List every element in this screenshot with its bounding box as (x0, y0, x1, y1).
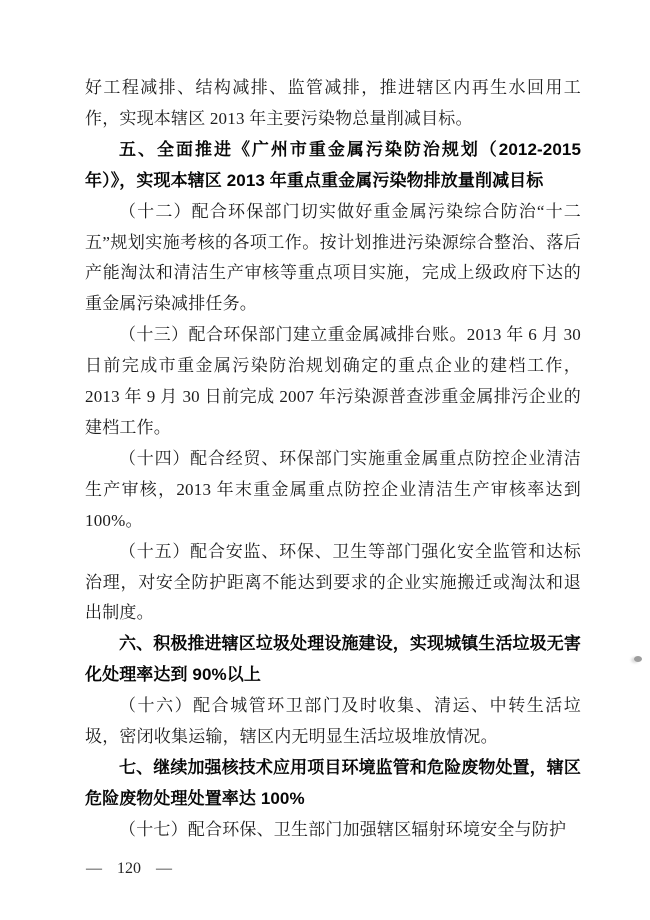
item-16-paragraph: （十六）配合城管环卫部门及时收集、清运、中转生活垃圾，密闭收集运输，辖区内无明显… (85, 691, 581, 753)
continuation-paragraph: 好工程减排、结构减排、监管减排，推进辖区内再生水回用工作，实现本辖区 2013 … (85, 73, 581, 135)
item-14-paragraph: （十四）配合经贸、环保部门实施重金属重点防控企业清洁生产审核，2013 年末重金… (85, 444, 581, 537)
item-12-paragraph: （十二）配合环保部门切实做好重金属污染综合防治“十二五”规划实施考核的各项工作。… (85, 197, 581, 321)
scan-artifact (634, 656, 642, 662)
footer-left-dash: — (86, 860, 102, 878)
item-13-paragraph: （十三）配合环保部门建立重金属减排台账。2013 年 6 月 30 日前完成市重… (85, 320, 581, 444)
footer-right-dash: — (156, 860, 172, 878)
document-page: 好工程减排、结构减排、监管减排，推进辖区内再生水回用工作，实现本辖区 2013 … (0, 0, 650, 920)
page-footer: — 120 — (86, 860, 172, 878)
item-15-paragraph: （十五）配合安监、环保、卫生等部门强化安全监管和达标治理，对安全防护距离不能达到… (85, 537, 581, 630)
section-5-heading: 五、全面推进《广州市重金属污染防治规划（2012-2015 年）》，实现本辖区 … (85, 135, 581, 197)
item-17-paragraph: （十七）配合环保、卫生部门加强辖区辐射环境安全与防护 (85, 815, 581, 846)
page-number: 120 (117, 860, 141, 878)
document-body: 好工程减排、结构减排、监管减排，推进辖区内再生水回用工作，实现本辖区 2013 … (85, 73, 581, 846)
section-6-heading: 六、积极推进辖区垃圾处理设施建设，实现城镇生活垃圾无害化处理率达到 90%以上 (85, 629, 581, 691)
section-7-heading: 七、继续加强核技术应用项目环境监管和危险废物处置，辖区危险废物处理处置率达 10… (85, 753, 581, 815)
